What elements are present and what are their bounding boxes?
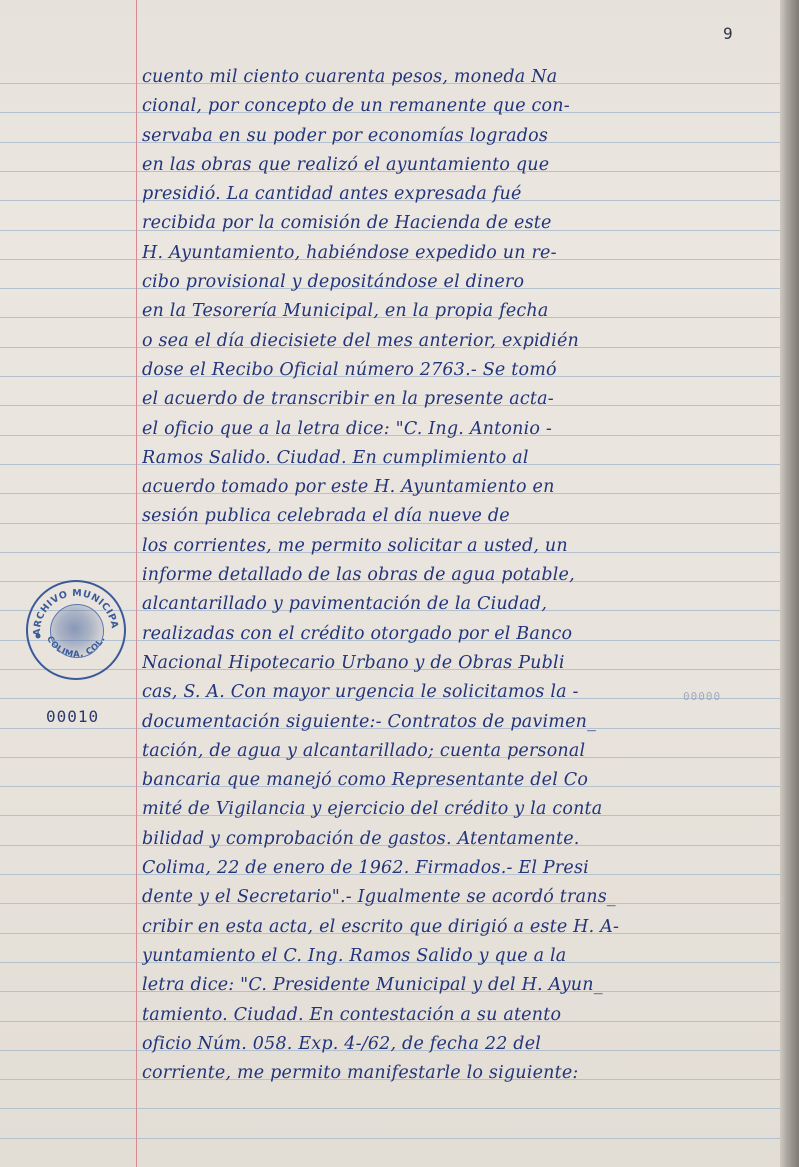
text-line: yuntamiento el C. Ing. Ramos Salido y qu…	[142, 942, 774, 971]
text-line: H. Ayuntamiento, habiéndose expedido un …	[142, 239, 774, 268]
text-line: presidió. La cantidad antes expresada fu…	[142, 180, 774, 209]
text-line: dente y el Secretario".- Igualmente se a…	[142, 883, 774, 912]
text-line: realizadas con el crédito otorgado por e…	[142, 620, 774, 649]
ledger-page: 9 ARCHIVO MUNICIPAL COLIMA, COL. 00010 0…	[0, 0, 783, 1167]
text-line: alcantarillado y pavimentación de la Ciu…	[142, 590, 774, 619]
text-line: el acuerdo de transcribir en la presente…	[142, 385, 774, 414]
text-line: recibida por la comisión de Hacienda de …	[142, 209, 774, 238]
text-line: bilidad y comprobación de gastos. Atenta…	[142, 825, 774, 854]
text-line: Ramos Salido. Ciudad. En cumplimiento al	[142, 444, 774, 473]
text-line: cional, por concepto de un remanente que…	[142, 92, 774, 121]
stamp-seal-icon	[50, 604, 104, 658]
text-line: informe detallado de las obras de agua p…	[142, 561, 774, 590]
text-line: letra dice: "C. Presidente Municipal y d…	[142, 971, 774, 1000]
rule-line	[0, 1138, 783, 1139]
text-line: cribir en esta acta, el escrito que diri…	[142, 913, 774, 942]
page-number: 9	[723, 24, 733, 43]
handwritten-body: cuento mil ciento cuarenta pesos, moneda…	[142, 63, 774, 1088]
text-line: bancaria que manejó como Representante d…	[142, 766, 774, 795]
text-line: oficio Núm. 058. Exp. 4-/62, de fecha 22…	[142, 1030, 774, 1059]
folio-number: 00010	[46, 707, 99, 726]
text-line: cas, S. A. Con mayor urgencia le solicit…	[142, 678, 774, 707]
text-line: el oficio que a la letra dice: "C. Ing. …	[142, 415, 774, 444]
text-line: en las obras que realizó el ayuntamiento…	[142, 151, 774, 180]
rule-line	[0, 1108, 783, 1109]
text-line: Colima, 22 de enero de 1962. Firmados.- …	[142, 854, 774, 883]
text-line: o sea el día diecisiete del mes anterior…	[142, 327, 774, 356]
text-line: tación, de agua y alcantarillado; cuenta…	[142, 737, 774, 766]
archive-stamp: ARCHIVO MUNICIPAL COLIMA, COL.	[26, 580, 126, 680]
text-line: dose el Recibo Oficial número 2763.- Se …	[142, 356, 774, 385]
text-line: documentación siguiente:- Contratos de p…	[142, 708, 774, 737]
text-line: mité de Vigilancia y ejercicio del crédi…	[142, 795, 774, 824]
text-line: acuerdo tomado por este H. Ayuntamiento …	[142, 473, 774, 502]
page-edge	[780, 0, 799, 1167]
text-line: Nacional Hipotecario Urbano y de Obras P…	[142, 649, 774, 678]
margin-line	[136, 0, 137, 1167]
text-line: corriente, me permito manifestarle lo si…	[142, 1059, 774, 1088]
text-line: cuento mil ciento cuarenta pesos, moneda…	[142, 63, 774, 92]
text-line: los corrientes, me permito solicitar a u…	[142, 532, 774, 561]
text-line: tamiento. Ciudad. En contestación a su a…	[142, 1001, 774, 1030]
text-line: cibo provisional y depositándose el dine…	[142, 268, 774, 297]
text-line: servaba en su poder por economías lograd…	[142, 122, 774, 151]
text-line: sesión publica celebrada el día nueve de	[142, 502, 774, 531]
text-line: en la Tesorería Municipal, en la propia …	[142, 297, 774, 326]
